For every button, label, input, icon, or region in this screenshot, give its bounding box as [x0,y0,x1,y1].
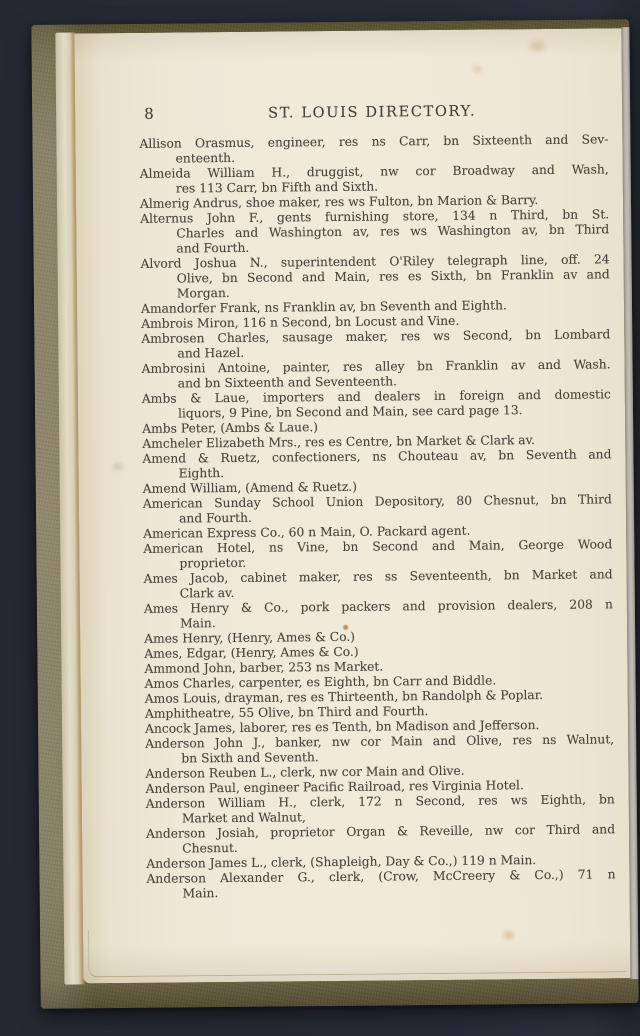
entry-line: Main. [147,882,616,902]
directory-entry: American Sunday School Union Depository,… [143,492,612,527]
directory-page: 8 ST. LOUIS DIRECTORY. Allison Orasmus, … [73,28,631,983]
book-cover: 8 ST. LOUIS DIRECTORY. Allison Orasmus, … [31,19,638,1009]
directory-entry: Ambrosini Antoine, painter, res alley bn… [142,357,611,392]
directory-entry: Allison Orasmus, engineer, res ns Carr, … [139,132,608,167]
directory-entry: Anderson William H., clerk, 172 n Second… [146,792,615,827]
running-title: ST. LOUIS DIRECTORY. [155,103,589,122]
page-header: 8 ST. LOUIS DIRECTORY. [139,102,608,123]
directory-entry: Ambs & Laue, importers and dealers in fo… [142,387,611,422]
photo-background: 8 ST. LOUIS DIRECTORY. Allison Orasmus, … [0,0,640,1036]
directory-entry: Anderson John J., banker, nw cor Main an… [145,732,614,767]
directory-entry: Anderson Josiah, proprietor Organ & Reve… [146,822,615,857]
page-content: 8 ST. LOUIS DIRECTORY. Allison Orasmus, … [74,28,630,983]
directory-entry: American Hotel, ns Vine, bn Second and M… [143,537,612,572]
directory-entry: Alvord Joshua N., superintendent O'Riley… [141,252,610,301]
directory-entry: Ames Jacob, cabinet maker, res ss Sevent… [144,567,613,602]
directory-list: Allison Orasmus, engineer, res ns Carr, … [139,132,615,901]
directory-entry: Ames Henry & Co., pork packers and provi… [144,597,613,632]
directory-entry: Ambrosen Charles, sausage maker, res ws … [141,327,610,362]
directory-entry: Amend & Ruetz, confectioners, ns Choutea… [142,447,611,482]
directory-entry: Almeida William H., druggist, nw cor Bro… [140,162,609,197]
directory-entry: Alternus John F., gents furnishing store… [140,207,609,256]
directory-entry: Anderson Alexander G., clerk, (Crow, McC… [146,867,615,902]
